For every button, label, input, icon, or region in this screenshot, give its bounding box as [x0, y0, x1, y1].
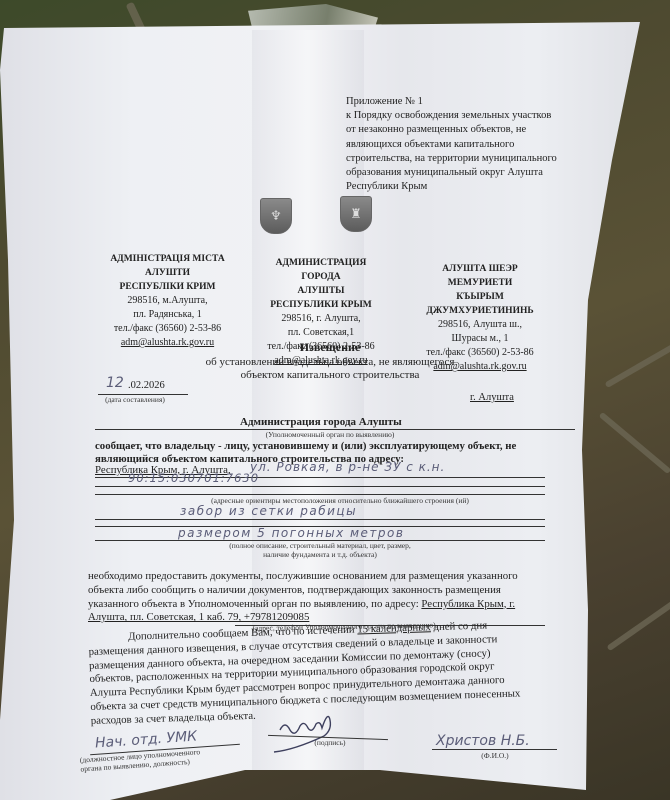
org-block-ukrainian: АДМІНІСТРАЦІЯ МІСТА АЛУШТИ РЕСПУБЛІКИ КР… [105, 252, 230, 350]
date-printed: .02.2026 [128, 380, 165, 391]
date-day-handwritten: 12 [106, 375, 124, 391]
name-handwritten: Христов Н.Б. [436, 733, 530, 749]
object-handwritten-line1: забор из сетки рабицы [180, 504, 357, 518]
authority-caption: (Уполномоченный орган по выявлению) [240, 430, 420, 439]
object-handwritten-line2: размером 5 погонных метров [178, 526, 404, 540]
signature-icon [260, 708, 390, 758]
address-line2 [95, 486, 545, 487]
name-line [432, 749, 557, 750]
address-line3 [95, 494, 545, 495]
crimea-coat-of-arms-icon: ♆ [260, 198, 292, 234]
object-caption: (полное описание, строительный материал,… [210, 541, 430, 559]
signature-caption: (подпись) [305, 738, 355, 747]
deadline: 15 календарных [357, 621, 431, 635]
place: г. Алушта [470, 392, 514, 403]
documents-paragraph: необходимо предоставить документы, послу… [88, 570, 558, 625]
appendix-header: Приложение № 1 к Порядку освобождения зе… [346, 95, 636, 194]
address-handwritten-line1: ул. Ровкая, в р-не ЗУ с к.н. [250, 460, 445, 474]
name-caption: (Ф.И.О.) [470, 751, 520, 760]
authority-name: Администрация города Алушты [240, 416, 402, 428]
object-line1 [95, 519, 545, 520]
notice-title: Извещение [80, 340, 580, 355]
notice-subtitle: об установлении владельца объекта, не яв… [80, 356, 580, 382]
address-handwritten-line2: 90:15:030701:7630 [128, 471, 259, 485]
notice-document: Приложение № 1 к Порядку освобождения зе… [0, 0, 670, 800]
alushta-coat-of-arms-icon: ♜ [340, 196, 372, 232]
date-caption: (дата составления) [100, 395, 170, 404]
